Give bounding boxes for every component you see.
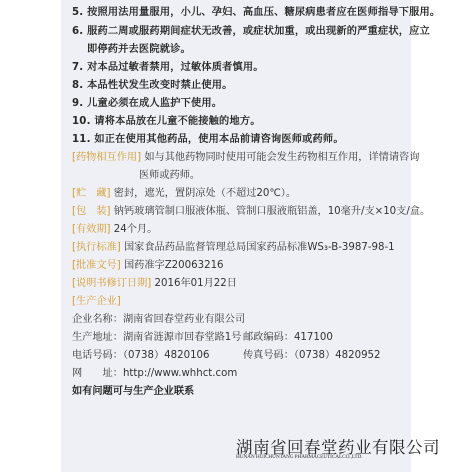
section-value: 24个月。 bbox=[114, 224, 158, 235]
company-fax: 传真号码：（0738）4820952 bbox=[243, 346, 381, 361]
field-label: 网 址： bbox=[72, 368, 123, 379]
section-value: 国药准字Z20063216 bbox=[124, 260, 224, 271]
warning-num: 8. bbox=[72, 80, 83, 91]
warning-text: 按照用法用量服用，小儿、孕妇、高血压、糖尿病患者应在医师指导下服用。 bbox=[87, 7, 440, 18]
section-value: 如与其他药物同时使用可能会发生药物相互作用，详情请咨询 bbox=[144, 152, 419, 163]
warning-item-10: 10. 请将本品放在儿童不能接触的地方。 bbox=[72, 112, 261, 127]
company-address: 生产地址：湖南省涟源市回春堂路1号 bbox=[72, 328, 241, 343]
field-value: 湖南省涟源市回春堂路1号 bbox=[123, 332, 242, 343]
section-storage: [贮 藏] 密封，遮光，置阴凉处（不超过20℃）。 bbox=[72, 184, 296, 199]
section-label: [药物相互作用] bbox=[72, 152, 141, 163]
section-interaction: [药物相互作用] 如与其他药物同时使用可能会发生药物相互作用，详情请咨询 bbox=[72, 148, 419, 163]
warning-text: 服药二周或服药期间症状无改善，或症状加重，或出现新的严重症状，应立 bbox=[87, 26, 430, 37]
section-value: 密封，遮光，置阴凉处（不超过20℃）。 bbox=[114, 188, 296, 199]
warning-item-8: 8. 本品性状发生改变时禁止使用。 bbox=[72, 76, 233, 91]
warning-text: 对本品过敏者禁用，过敏体质者慎用。 bbox=[87, 62, 264, 73]
website-link[interactable]: http://www.whhct.com bbox=[123, 368, 237, 379]
field-value: 417100 bbox=[294, 332, 333, 343]
warning-item-11: 11. 如正在使用其他药品，使用本品前请咨询医师或药师。 bbox=[72, 130, 344, 145]
warning-item-9: 9. 儿童必须在成人监护下使用。 bbox=[72, 94, 222, 109]
warning-text: 请将本品放在儿童不能接触的地方。 bbox=[94, 116, 260, 127]
company-name: 企业名称：湖南省回春堂药业有限公司 bbox=[72, 310, 245, 325]
warning-num: 6. bbox=[72, 26, 83, 37]
section-standard: [执行标准] 国家食品药品监督管理总局国家药品标准WS₃-B-3987-98-1 bbox=[72, 238, 395, 253]
field-value: 湖南省回春堂药业有限公司 bbox=[123, 314, 245, 325]
warning-item-7: 7. 对本品过敏者禁用，过敏体质者慎用。 bbox=[72, 58, 264, 73]
section-value: 2016年01月22日 bbox=[155, 278, 237, 289]
field-value: （0738）4820106 bbox=[123, 350, 210, 361]
section-value: 钠钙玻璃管制口服液体瓶、管制口服液瓶铝盖，10毫升/支×10支/盒。 bbox=[114, 206, 430, 217]
section-value: 国家食品药品监督管理总局国家药品标准WS₃-B-3987-98-1 bbox=[124, 242, 395, 253]
field-label: 邮政编码： bbox=[243, 332, 294, 343]
section-label: [包 装] bbox=[72, 206, 111, 217]
section-label: [贮 藏] bbox=[72, 188, 111, 199]
section-validity: [有效期] 24个月。 bbox=[72, 220, 157, 235]
field-label: 传真号码： bbox=[243, 350, 294, 361]
warning-num: 11. bbox=[72, 134, 91, 145]
company-logo-en: HUNAN HUICHUNTANG PHARMACEUTICALCO.,LTD. bbox=[236, 454, 362, 460]
field-label: 生产地址： bbox=[72, 332, 123, 343]
section-label: [执行标准] bbox=[72, 242, 121, 253]
section-package: [包 装] 钠钙玻璃管制口服液体瓶、管制口服液瓶铝盖，10毫升/支×10支/盒。 bbox=[72, 202, 430, 217]
warning-text: 儿童必须在成人监护下使用。 bbox=[87, 98, 222, 109]
warning-num: 5. bbox=[72, 7, 83, 18]
section-label: [生产企业] bbox=[72, 296, 121, 307]
contact-note: 如有问题可与生产企业联系 bbox=[72, 382, 194, 397]
warning-item-6: 6. 服药二周或服药期间症状无改善，或症状加重，或出现新的严重症状，应立 bbox=[72, 22, 430, 37]
warning-num: 9. bbox=[72, 98, 83, 109]
section-interaction-cont: 医师或药师。 bbox=[139, 166, 200, 181]
warning-num: 10. bbox=[72, 116, 91, 127]
warning-item-6-cont: 即停药并去医院就诊。 bbox=[87, 40, 191, 55]
section-label: [说明书修订日期] bbox=[72, 278, 151, 289]
section-manufacturer: [生产企业] bbox=[72, 292, 121, 307]
section-label: [批准文号] bbox=[72, 260, 121, 271]
company-phone: 电话号码：（0738）4820106 bbox=[72, 346, 210, 361]
company-website: 网 址：http://www.whhct.com bbox=[72, 364, 237, 379]
section-revision: [说明书修订日期] 2016年01月22日 bbox=[72, 274, 237, 289]
field-value: （0738）4820952 bbox=[294, 350, 381, 361]
section-label: [有效期] bbox=[72, 224, 111, 235]
warning-num: 7. bbox=[72, 62, 83, 73]
warning-text: 本品性状发生改变时禁止使用。 bbox=[87, 80, 232, 91]
company-postcode: 邮政编码：417100 bbox=[243, 328, 333, 343]
warning-item-5: 5. 按照用法用量服用，小儿、孕妇、高血压、糖尿病患者应在医师指导下服用。 bbox=[72, 3, 440, 18]
field-label: 企业名称： bbox=[72, 314, 123, 325]
section-approval: [批准文号] 国药准字Z20063216 bbox=[72, 256, 224, 271]
field-label: 电话号码： bbox=[72, 350, 123, 361]
warning-text: 如正在使用其他药品，使用本品前请咨询医师或药师。 bbox=[94, 134, 343, 145]
